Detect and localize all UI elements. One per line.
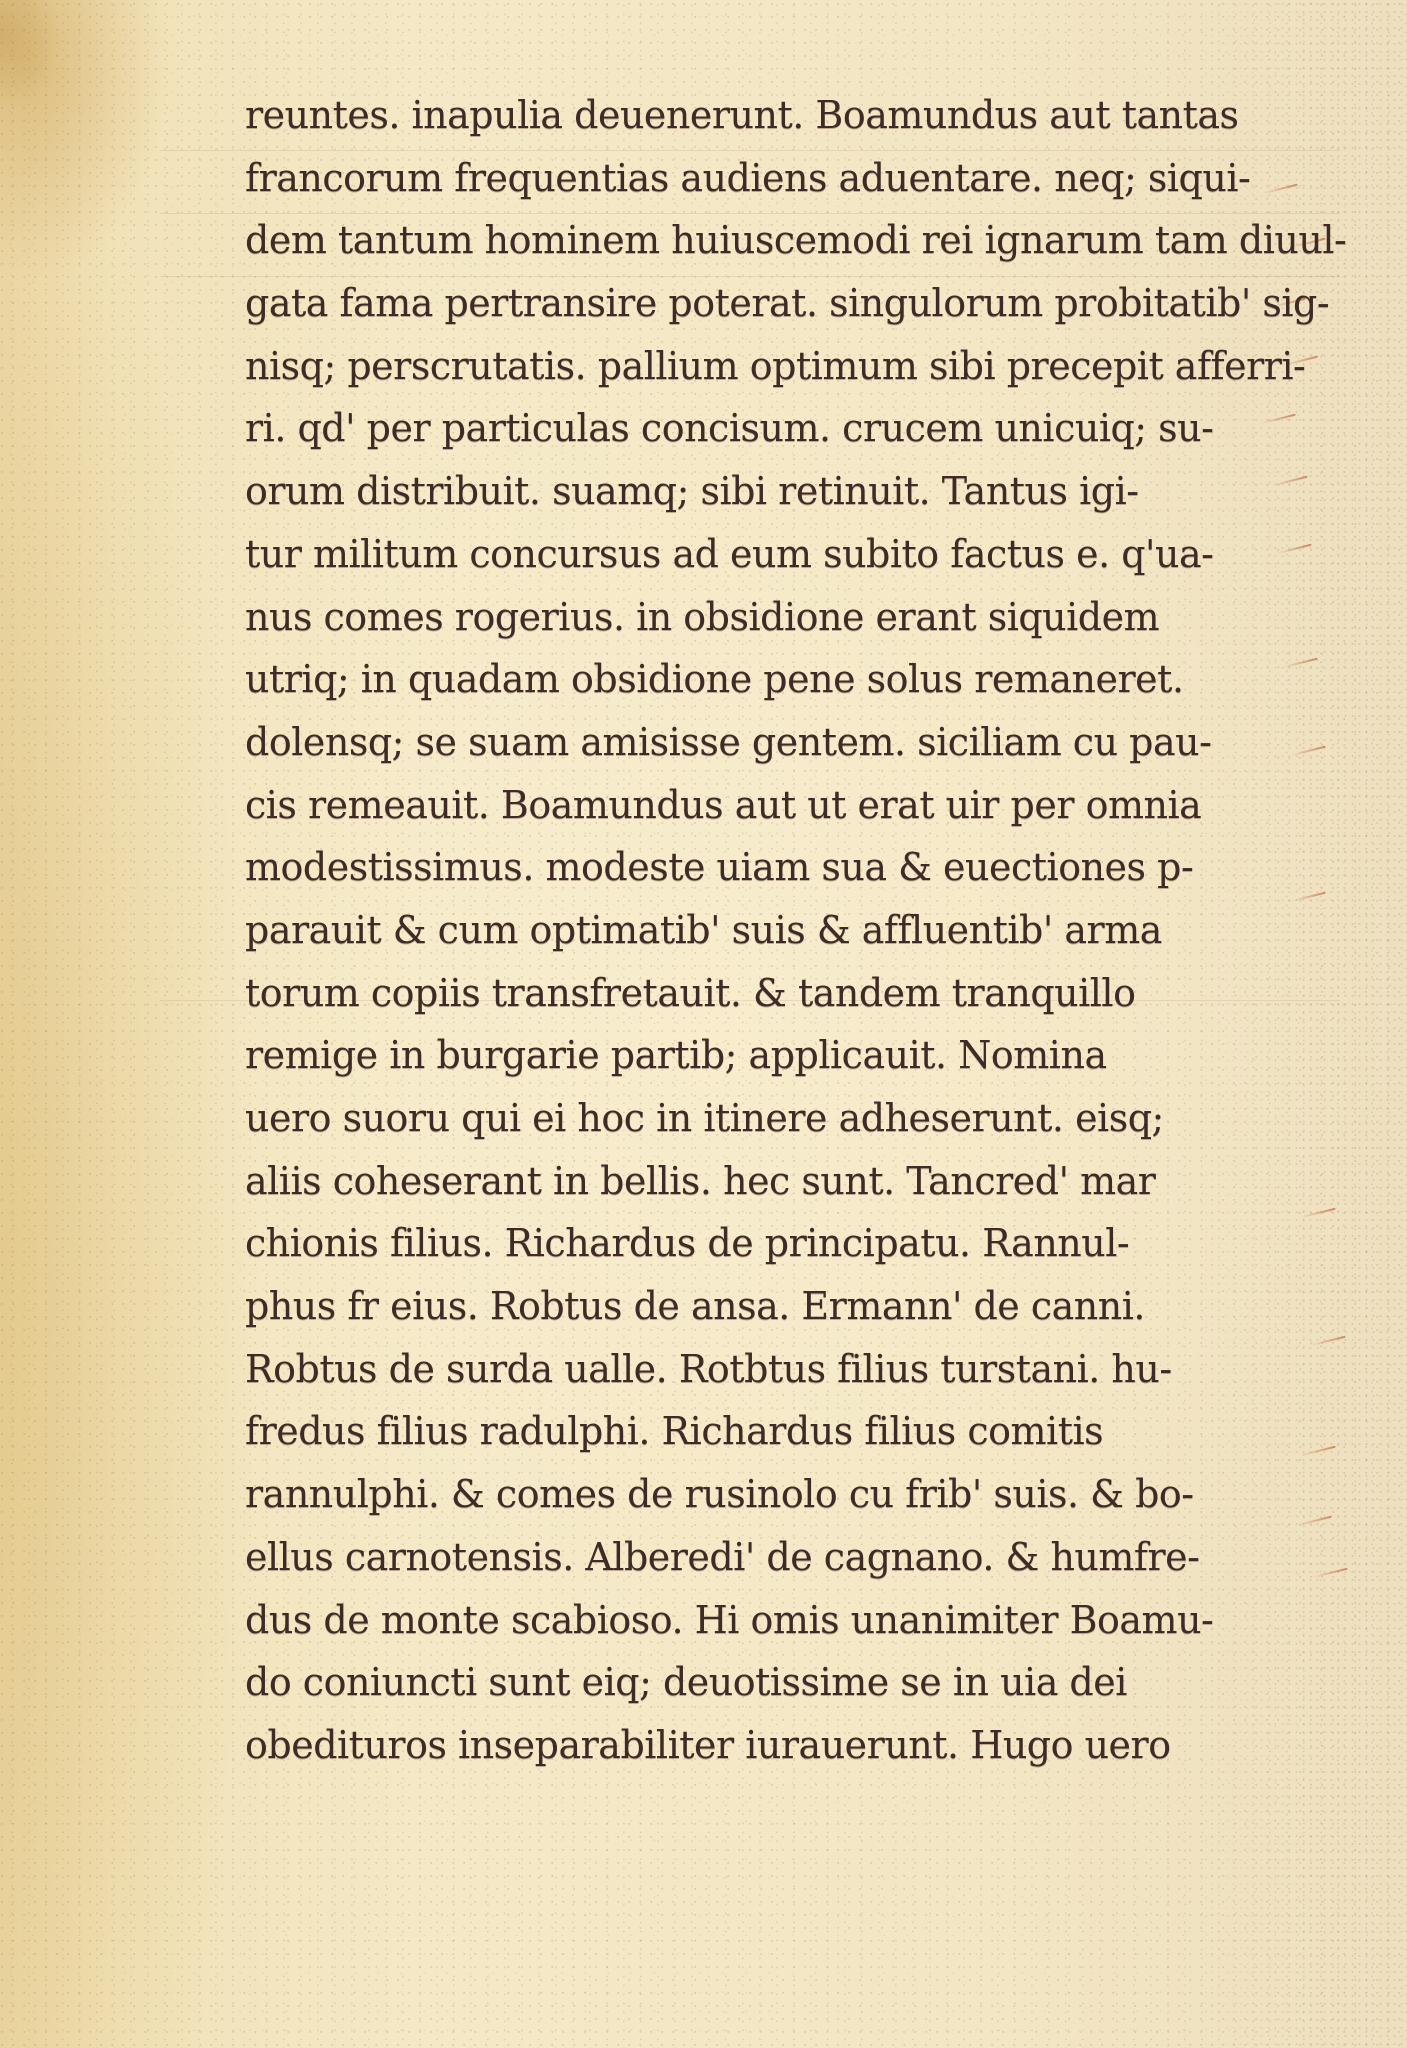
text-line: gata fama pertransire poterat. singuloru… bbox=[245, 272, 1285, 335]
text-line: do coniuncti sunt eiq; deuotissime se in… bbox=[245, 1651, 1285, 1714]
manuscript-text-block: reuntes. inapulia deuenerunt. Boamundus … bbox=[245, 84, 1285, 1777]
text-line: dem tantum hominem huiuscemodi rei ignar… bbox=[245, 209, 1285, 272]
text-line: ellus carnotensis. Alberedi' de cagnano.… bbox=[245, 1526, 1285, 1589]
text-line: nisq; perscrutatis. pallium optimum sibi… bbox=[245, 335, 1285, 398]
parchment-page: reuntes. inapulia deuenerunt. Boamundus … bbox=[0, 0, 1407, 2048]
text-line: remige in burgarie partib; applicauit. N… bbox=[245, 1024, 1285, 1087]
text-line: dolensq; se suam amisisse gentem. sicili… bbox=[245, 711, 1285, 774]
text-line: obedituros inseparabiliter iurauerunt. H… bbox=[245, 1714, 1285, 1777]
text-line: fredus filius radulphi. Richardus filius… bbox=[245, 1400, 1285, 1463]
text-line: francorum frequentias audiens aduentare.… bbox=[245, 147, 1285, 210]
text-line: phus fr eius. Robtus de ansa. Ermann' de… bbox=[245, 1275, 1285, 1338]
text-line: reuntes. inapulia deuenerunt. Boamundus … bbox=[245, 84, 1285, 147]
text-line: utriq; in quadam obsidione pene solus re… bbox=[245, 648, 1285, 711]
text-line: uero suoru qui ei hoc in itinere adheser… bbox=[245, 1087, 1285, 1150]
text-line: orum distribuit. suamq; sibi retinuit. T… bbox=[245, 460, 1285, 523]
text-line: rannulphi. & comes de rusinolo cu frib' … bbox=[245, 1463, 1285, 1526]
text-line: torum copiis transfretauit. & tandem tra… bbox=[245, 962, 1285, 1025]
text-line: chionis filius. Richardus de principatu.… bbox=[245, 1212, 1285, 1275]
text-line: dus de monte scabioso. Hi omis unanimite… bbox=[245, 1589, 1285, 1652]
text-line: nus comes rogerius. in obsidione erant s… bbox=[245, 586, 1285, 649]
text-line: tur militum concursus ad eum subito fact… bbox=[245, 523, 1285, 586]
text-line: aliis coheserant in bellis. hec sunt. Ta… bbox=[245, 1150, 1285, 1213]
text-line: parauit & cum optimatib' suis & affluent… bbox=[245, 899, 1285, 962]
text-line: ri. qd' per particulas concisum. crucem … bbox=[245, 397, 1285, 460]
text-line: Robtus de surda ualle. Rotbtus filius tu… bbox=[245, 1338, 1285, 1401]
text-line: modestissimus. modeste uiam sua & euecti… bbox=[245, 836, 1285, 899]
text-line: cis remeauit. Boamundus aut ut erat uir … bbox=[245, 774, 1285, 837]
